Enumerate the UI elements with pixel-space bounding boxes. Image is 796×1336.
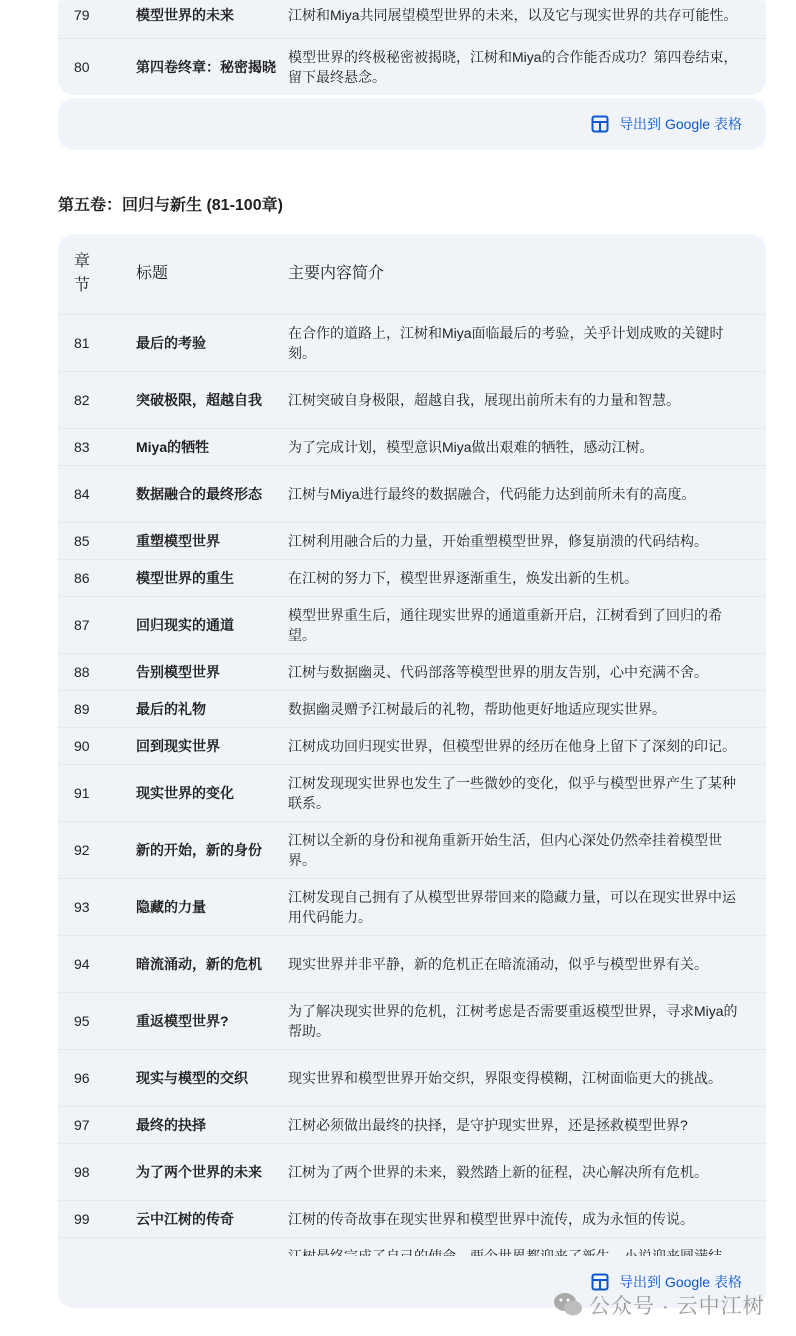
chapter-title: Miya的牺牲 xyxy=(136,429,288,466)
table-row: 81最后的考验在合作的道路上，江树和Miya面临最后的考验，关乎计划成败的关键时… xyxy=(58,315,766,372)
chapter-title: 现实与模型的交织 xyxy=(136,1050,288,1107)
chapter-number: 98 xyxy=(58,1144,136,1201)
chapter-title: 新的开始，新的身份 xyxy=(136,822,288,879)
table-row: 93隐藏的力量江树发现自己拥有了从模型世界带回来的隐藏力量，可以在现实世界中运用… xyxy=(58,879,766,936)
chapter-summary: 江树为了两个世界的未来，毅然踏上新的征程，决心解决所有危机。 xyxy=(288,1144,766,1201)
chapter-title: 模型世界的未来 xyxy=(136,0,288,38)
volume4-table-card: 79模型世界的未来江树和Miya共同展望模型世界的未来，以及它与现实世界的共存可… xyxy=(58,0,766,95)
chapter-title: 第四卷终章：秘密揭晓 xyxy=(136,38,288,95)
chapter-title: 告别模型世界 xyxy=(136,654,288,691)
chapter-title: 回到现实世界 xyxy=(136,728,288,765)
chapter-summary: 江树利用融合后的力量，开始重塑模型世界，修复崩溃的代码结构。 xyxy=(288,523,766,560)
chapter-number: 94 xyxy=(58,936,136,993)
volume5-table: 章节 标题 主要内容简介 81最后的考验在合作的道路上，江树和Miya面临最后的… xyxy=(58,234,766,1295)
column-header-title: 标题 xyxy=(136,234,288,315)
chapter-title: 为了两个世界的未来 xyxy=(136,1144,288,1201)
export-label: 导出到 Google 表格 xyxy=(619,114,742,134)
chapter-title: 重返模型世界? xyxy=(136,993,288,1050)
chapter-title: 突破极限，超越自我 xyxy=(136,372,288,429)
sheets-icon xyxy=(591,1273,609,1291)
chapter-number: 99 xyxy=(58,1201,136,1238)
chapter-summary: 江树成功回归现实世界，但模型世界的经历在他身上留下了深刻的印记。 xyxy=(288,728,766,765)
volume5-table-card: 章节 标题 主要内容简介 81最后的考验在合作的道路上，江树和Miya面临最后的… xyxy=(58,234,766,1295)
chapter-summary: 江树发现自己拥有了从模型世界带回来的隐藏力量，可以在现实世界中运用代码能力。 xyxy=(288,879,766,936)
chapter-title: 数据融合的最终形态 xyxy=(136,466,288,523)
chapter-number: 96 xyxy=(58,1050,136,1107)
table-row: 80第四卷终章：秘密揭晓模型世界的终极秘密被揭晓，江树和Miya的合作能否成功？… xyxy=(58,38,766,95)
table-row: 84数据融合的最终形态江树与Miya进行最终的数据融合，代码能力达到前所未有的高… xyxy=(58,466,766,523)
wechat-icon xyxy=(553,1292,583,1318)
chapter-number: 88 xyxy=(58,654,136,691)
chapter-summary: 在合作的道路上，江树和Miya面临最后的考验，关乎计划成败的关键时刻。 xyxy=(288,315,766,372)
chapter-title: 模型世界的重生 xyxy=(136,560,288,597)
chapter-summary: 江树与数据幽灵、代码部落等模型世界的朋友告别，心中充满不舍。 xyxy=(288,654,766,691)
export-to-sheets-button[interactable]: 导出到 Google 表格 xyxy=(591,1272,742,1292)
chapter-summary: 现实世界和模型世界开始交织，界限变得模糊，江树面临更大的挑战。 xyxy=(288,1050,766,1107)
table-row: 79模型世界的未来江树和Miya共同展望模型世界的未来，以及它与现实世界的共存可… xyxy=(58,0,766,38)
watermark: 公众号 · 云中江树 xyxy=(553,1290,765,1320)
table-row: 82突破极限，超越自我江树突破自身极限，超越自我，展现出前所未有的力量和智慧。 xyxy=(58,372,766,429)
column-header-chapter: 章节 xyxy=(58,234,136,315)
chapter-summary: 江树发现现实世界也发生了一些微妙的变化，似乎与模型世界产生了某种联系。 xyxy=(288,765,766,822)
chapter-title: 最后的礼物 xyxy=(136,691,288,728)
table-header-row: 章节 标题 主要内容简介 xyxy=(58,234,766,315)
chapter-summary: 现实世界并非平静，新的危机正在暗流涌动，似乎与模型世界有关。 xyxy=(288,936,766,993)
chapter-number: 86 xyxy=(58,560,136,597)
chapter-title: 隐藏的力量 xyxy=(136,879,288,936)
chapter-summary: 为了解决现实世界的危机，江树考虑是否需要重返模型世界，寻求Miya的帮助。 xyxy=(288,993,766,1050)
chapter-summary: 江树与Miya进行最终的数据融合，代码能力达到前所未有的高度。 xyxy=(288,466,766,523)
chapter-title: 回归现实的通道 xyxy=(136,597,288,654)
chapter-summary: 数据幽灵赠予江树最后的礼物，帮助他更好地适应现实世界。 xyxy=(288,691,766,728)
chapter-summary: 江树的传奇故事在现实世界和模型世界中流传，成为永恒的传说。 xyxy=(288,1201,766,1238)
volume4-export-bar: 导出到 Google 表格 xyxy=(58,98,766,150)
chapter-number: 85 xyxy=(58,523,136,560)
chapter-number: 90 xyxy=(58,728,136,765)
table-row: 89最后的礼物数据幽灵赠予江树最后的礼物，帮助他更好地适应现实世界。 xyxy=(58,691,766,728)
chapter-summary: 江树和Miya共同展望模型世界的未来，以及它与现实世界的共存可能性。 xyxy=(288,0,766,38)
table-row: 83Miya的牺牲为了完成计划，模型意识Miya做出艰难的牺牲，感动江树。 xyxy=(58,429,766,466)
chapter-number: 89 xyxy=(58,691,136,728)
chapter-title: 最后的考验 xyxy=(136,315,288,372)
table-row: 95重返模型世界?为了解决现实世界的危机，江树考虑是否需要重返模型世界，寻求Mi… xyxy=(58,993,766,1050)
table-row: 90回到现实世界江树成功回归现实世界，但模型世界的经历在他身上留下了深刻的印记。 xyxy=(58,728,766,765)
chapter-number: 95 xyxy=(58,993,136,1050)
chapter-number: 97 xyxy=(58,1107,136,1144)
chapter-number: 91 xyxy=(58,765,136,822)
watermark-text: 公众号 · 云中江树 xyxy=(589,1290,765,1320)
export-label: 导出到 Google 表格 xyxy=(619,1272,742,1292)
chapter-number: 80 xyxy=(58,38,136,95)
chapter-summary: 模型世界重生后，通往现实世界的通道重新开启，江树看到了回归的希望。 xyxy=(288,597,766,654)
chapter-summary: 为了完成计划，模型意识Miya做出艰难的牺牲，感动江树。 xyxy=(288,429,766,466)
export-to-sheets-button[interactable]: 导出到 Google 表格 xyxy=(591,114,742,134)
chapter-title: 重塑模型世界 xyxy=(136,523,288,560)
table-row: 94暗流涌动，新的危机现实世界并非平静，新的危机正在暗流涌动，似乎与模型世界有关… xyxy=(58,936,766,993)
chapter-number: 82 xyxy=(58,372,136,429)
chapter-summary: 江树以全新的身份和视角重新开始生活，但内心深处仍然牵挂着模型世界。 xyxy=(288,822,766,879)
chapter-number: 83 xyxy=(58,429,136,466)
table-row: 99云中江树的传奇江树的传奇故事在现实世界和模型世界中流传，成为永恒的传说。 xyxy=(58,1201,766,1238)
chapter-title: 暗流涌动，新的危机 xyxy=(136,936,288,993)
chapter-number: 79 xyxy=(58,0,136,38)
chapter-title: 最终的抉择 xyxy=(136,1107,288,1144)
sheets-icon xyxy=(591,115,609,133)
chapter-number: 84 xyxy=(58,466,136,523)
chapter-summary: 模型世界的终极秘密被揭晓，江树和Miya的合作能否成功？第四卷结束，留下最终悬念… xyxy=(288,38,766,95)
table-row: 98为了两个世界的未来江树为了两个世界的未来，毅然踏上新的征程，决心解决所有危机… xyxy=(58,1144,766,1201)
table-row: 96现实与模型的交织现实世界和模型世界开始交织，界限变得模糊，江树面临更大的挑战… xyxy=(58,1050,766,1107)
table-row: 87回归现实的通道模型世界重生后，通往现实世界的通道重新开启，江树看到了回归的希… xyxy=(58,597,766,654)
table-row: 91现实世界的变化江树发现现实世界也发生了一些微妙的变化，似乎与模型世界产生了某… xyxy=(58,765,766,822)
chapter-number: 87 xyxy=(58,597,136,654)
table-row: 97最终的抉择江树必须做出最终的抉择，是守护现实世界，还是拯救模型世界? xyxy=(58,1107,766,1144)
table-row: 88告别模型世界江树与数据幽灵、代码部落等模型世界的朋友告别，心中充满不舍。 xyxy=(58,654,766,691)
chapter-summary: 江树必须做出最终的抉择，是守护现实世界，还是拯救模型世界? xyxy=(288,1107,766,1144)
volume4-table: 79模型世界的未来江树和Miya共同展望模型世界的未来，以及它与现实世界的共存可… xyxy=(58,0,766,95)
chapter-number: 81 xyxy=(58,315,136,372)
chapter-title: 现实世界的变化 xyxy=(136,765,288,822)
chapter-title: 云中江树的传奇 xyxy=(136,1201,288,1238)
chapter-summary: 在江树的努力下，模型世界逐渐重生，焕发出新的生机。 xyxy=(288,560,766,597)
chapter-number: 93 xyxy=(58,879,136,936)
volume5-heading: 第五卷：回归与新生 (81-100章) xyxy=(58,192,283,215)
chapter-number: 92 xyxy=(58,822,136,879)
table-row: 86模型世界的重生在江树的努力下，模型世界逐渐重生，焕发出新的生机。 xyxy=(58,560,766,597)
chapter-summary: 江树突破自身极限，超越自我，展现出前所未有的力量和智慧。 xyxy=(288,372,766,429)
table-row: 85重塑模型世界江树利用融合后的力量，开始重塑模型世界，修复崩溃的代码结构。 xyxy=(58,523,766,560)
table-row: 92新的开始，新的身份江树以全新的身份和视角重新开始生活，但内心深处仍然牵挂着模… xyxy=(58,822,766,879)
column-header-summary: 主要内容简介 xyxy=(288,234,766,315)
